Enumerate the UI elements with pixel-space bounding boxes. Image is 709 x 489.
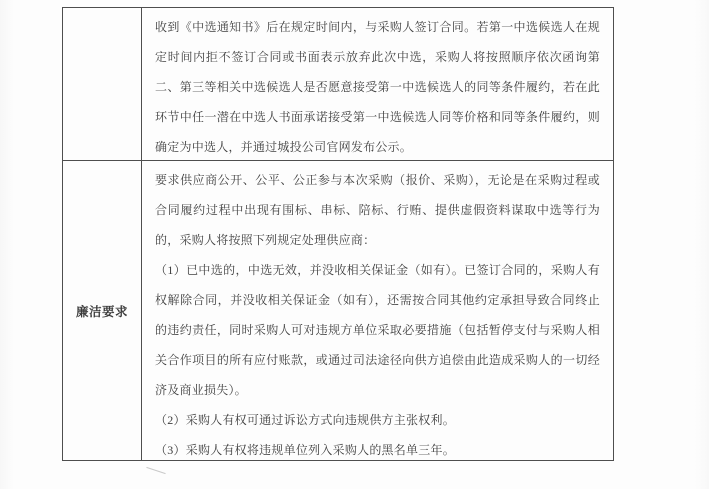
paragraph-penalty-2: （2）采购人有权可通过诉讼方式向违规供方主张权利。	[155, 405, 600, 435]
paragraph-penalty-3: （3）采购人有权将违规单位列入采购人的黑名单三年。	[155, 435, 600, 460]
paragraph-integrity-intro: 要求供应商公开、公平、公正参与本次采购（报价、采购），无论是在采购过程或合同履约…	[155, 165, 600, 255]
row-content-cell: 收到《中选通知书》后在规定时间内，与采购人签订合同。若第一中选候选人在规定时间内…	[142, 8, 613, 160]
paragraph-contract-signing: 收到《中选通知书》后在规定时间内，与采购人签订合同。若第一中选候选人在规定时间内…	[155, 12, 600, 160]
row-label-integrity: 廉洁要求	[63, 161, 142, 460]
paragraph-penalty-1: （1）已中选的，中选无效，并没收相关保证金（如有）。已签订合同的，采购人有权解除…	[155, 255, 600, 405]
table-row-contract-signing: 收到《中选通知书》后在规定时间内，与采购人签订合同。若第一中选候选人在规定时间内…	[63, 8, 613, 161]
contract-terms-table: 收到《中选通知书》后在规定时间内，与采购人签订合同。若第一中选候选人在规定时间内…	[62, 7, 614, 461]
table-row-integrity-requirements: 廉洁要求 要求供应商公开、公平、公正参与本次采购（报价、采购），无论是在采购过程…	[63, 161, 613, 460]
row-label-cell-empty	[63, 8, 142, 160]
row-content-cell: 要求供应商公开、公平、公正参与本次采购（报价、采购），无论是在采购过程或合同履约…	[142, 161, 613, 460]
